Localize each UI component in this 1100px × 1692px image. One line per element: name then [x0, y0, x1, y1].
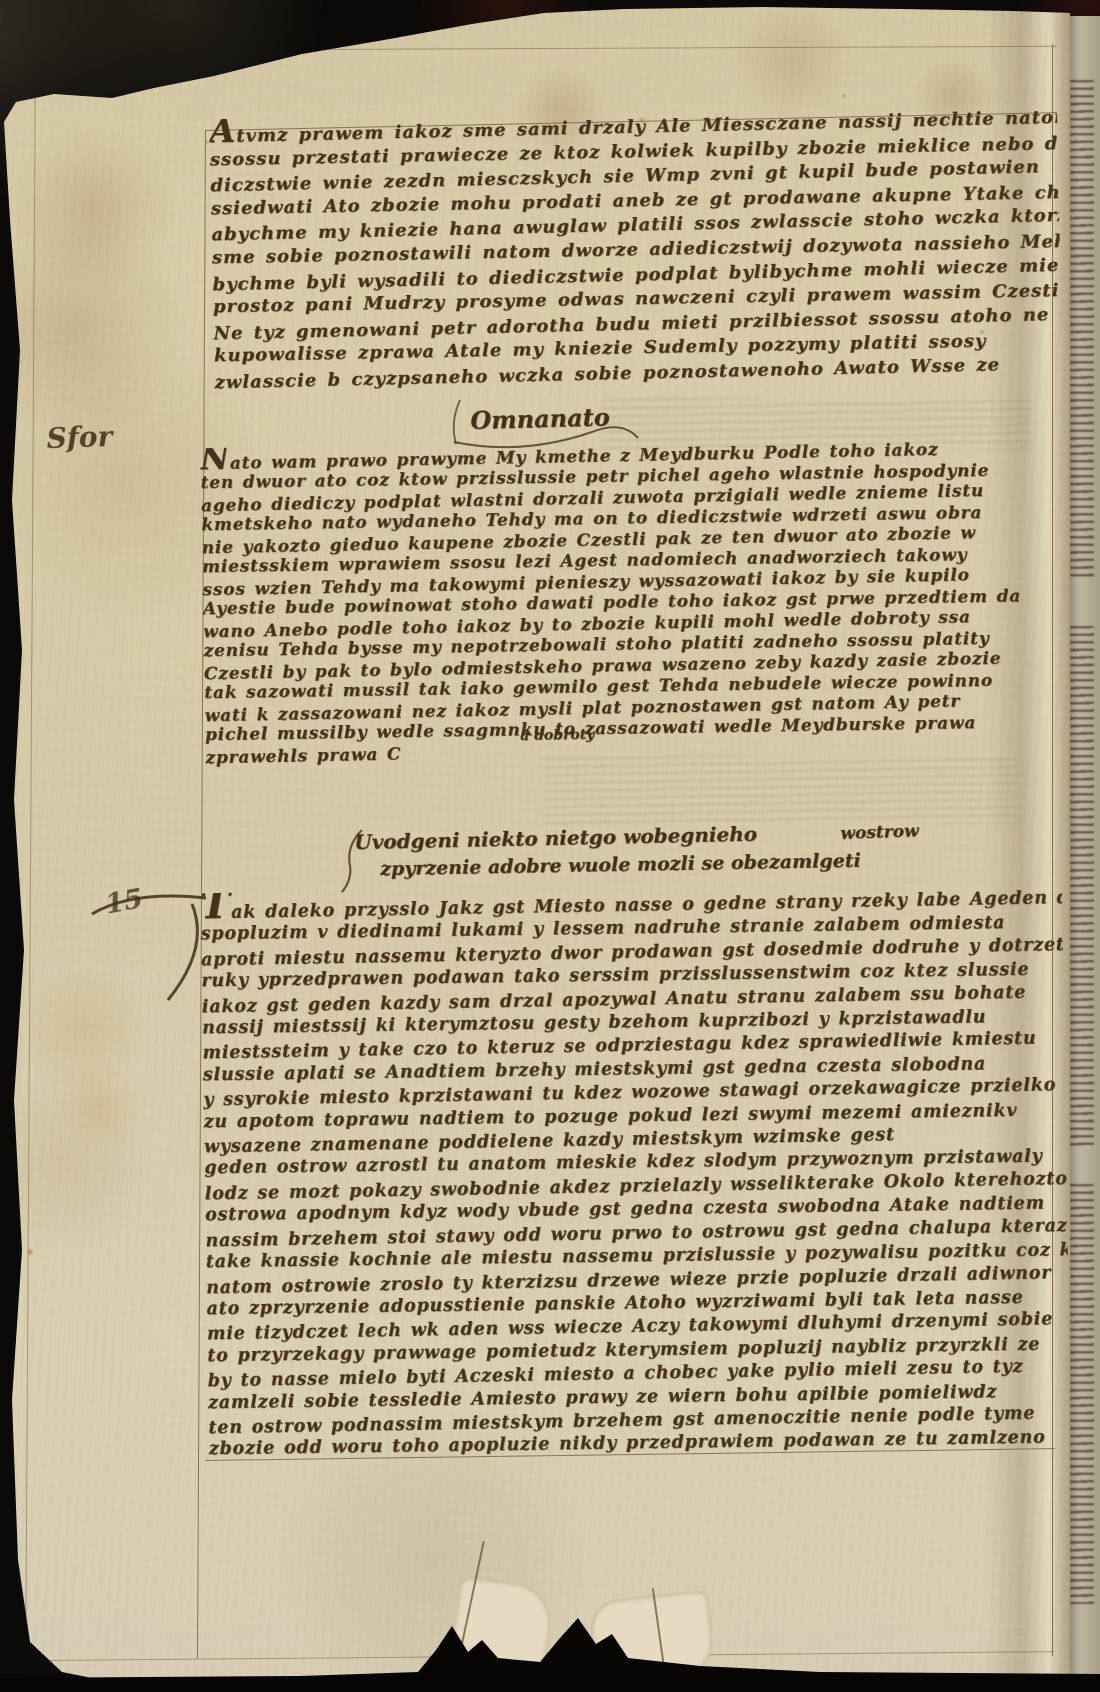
manuscript-photo: Sfor 15 Atvmz prawem iakoz sme sami drza…	[0, 0, 1100, 1692]
parchment-page: Sfor 15 Atvmz prawem iakoz sme sami drza…	[2, 0, 1070, 1692]
ink-bleedthrough	[542, 756, 1022, 824]
paragraph-3: Tak daleko przysslo Jakz gst Miesto nass…	[200, 878, 1071, 1462]
paragraph-1: Atvmz prawem iakoz sme sami drzaly Ale M…	[209, 100, 1063, 394]
section-heading-rightword: wostrow	[840, 821, 919, 844]
bottom-tear	[0, 1600, 1100, 1692]
paragraph-2: Nato wam prawo prawyme My kmethe z Meydb…	[200, 432, 1061, 768]
interlinear-note: a dobroty	[520, 727, 594, 744]
margin-note: Sfor	[46, 420, 113, 455]
folio-number: 15	[103, 883, 145, 920]
rubric-heading: Omnanato	[470, 402, 610, 435]
